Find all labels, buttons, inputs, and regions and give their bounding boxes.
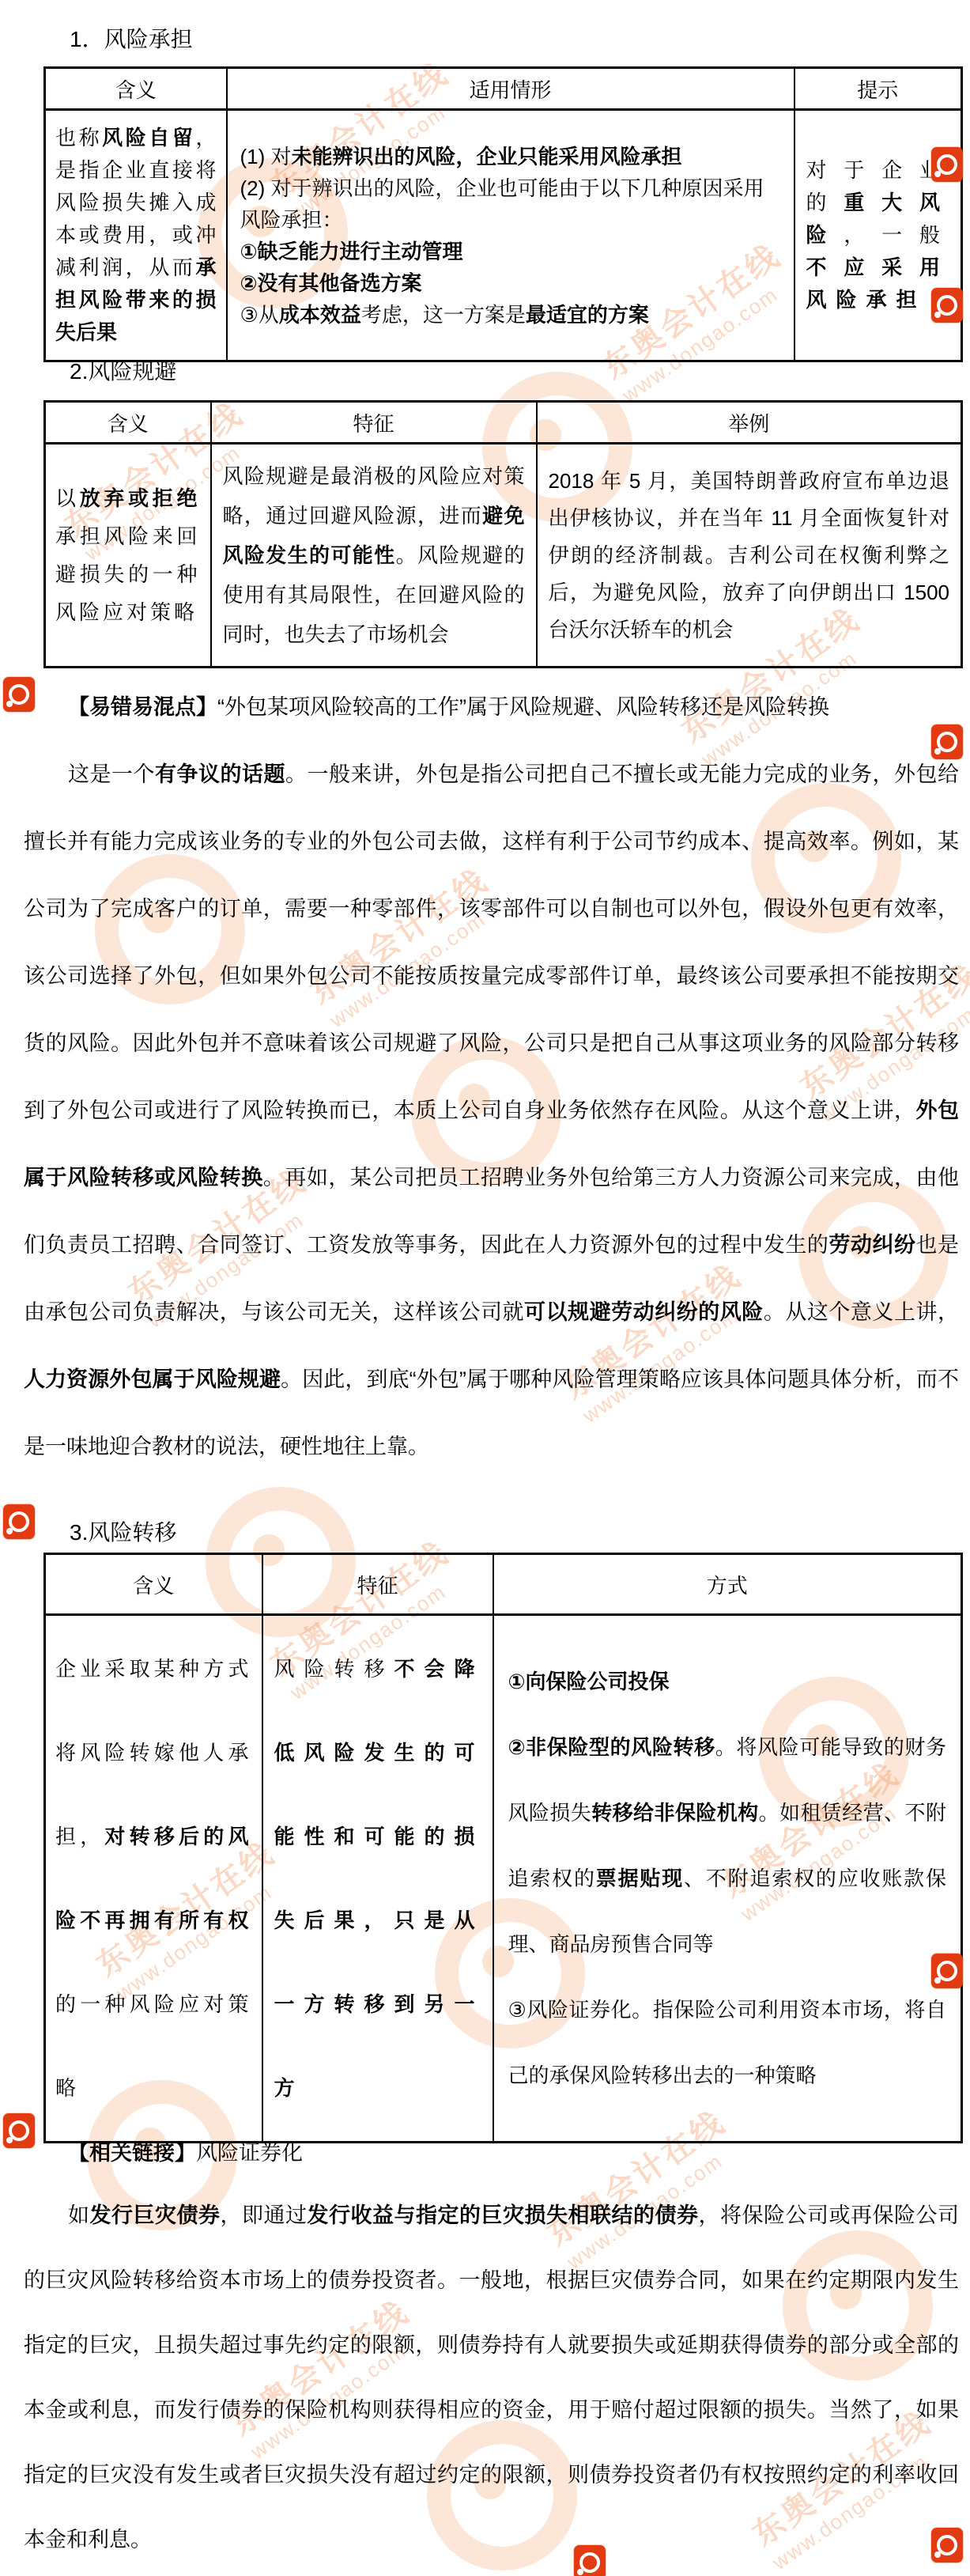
section-3-heading: 3.风险转移 (70, 1515, 176, 1547)
cell-text: ②非保险型的风险转移。将风险可能导致的财务风险损失转移给非保险机构。如租赁经营、… (508, 1715, 947, 1977)
situations-cell: (1) 对未能辨识出的风险，企业只能采用风险承担 (2) 对于辨识出的风险，企业… (227, 110, 794, 361)
cell-text: 企业采取某种方式将风险转嫁他人承担，对转移后的风险不再拥有所有权的一种风险应对策… (55, 1627, 252, 2130)
meaning-cell: 企业采取某种方式将风险转嫁他人承担，对转移后的风险不再拥有所有权的一种风险应对策… (45, 1615, 262, 2143)
column-header-tip: 提示 (794, 68, 962, 110)
tip-cell: 对于企业的重大风险，一般不应采用风险承担 (794, 110, 962, 361)
section-1-heading: 1．风险承担 (70, 22, 193, 54)
related-link-body-section: 如发行巨灾债券，即通过发行收益与指定的巨灾损失相联结的债券，将保险公司或再保险公… (24, 2183, 959, 2572)
cell-text: 以放弃或拒绝承担风险来回避损失的一种风险应对策略 (55, 479, 201, 631)
column-header-methods: 方式 (493, 1554, 962, 1615)
related-link-title: 【相关链接】风险证券化 (24, 2120, 959, 2187)
table-row: 以放弃或拒绝承担风险来回避损失的一种风险应对策略 风险规避是最消极的风险应对策略… (45, 444, 962, 668)
column-header-feature: 特征 (262, 1554, 493, 1615)
table-header-row: 含义 特征 举例 (45, 402, 962, 444)
table-header-row: 含义 特征 方式 (45, 1554, 962, 1615)
cell-text: 也称风险自留，是指企业直接将风险损失摊入成本或费用，或冲减利润，从而承担风险带来… (55, 122, 217, 349)
column-header-example: 举例 (537, 402, 962, 444)
confusion-point-body: 这是一个有争议的话题。一般来讲，外包是指公司把自己不擅长或无能力完成的业务，外包… (24, 741, 959, 1481)
feature-cell: 风险转移不会降低风险发生的可能性和可能的损失后果，只是从一方转移到另一方 (262, 1615, 493, 2143)
table-row: 也称风险自留，是指企业直接将风险损失摊入成本或费用，或冲减利润，从而承担风险带来… (45, 110, 962, 361)
confusion-point-section: 【易错易混点】“外包某项风险较高的工作”属于风险规避、风险转移还是风险转换 这是… (24, 674, 959, 1481)
risk-avoidance-table: 含义 特征 举例 以放弃或拒绝承担风险来回避损失的一种风险应对策略 风险规避是最… (43, 400, 963, 668)
cell-text: ②没有其他备选方案 (240, 267, 781, 299)
cell-text: ③从成本效益考虑，这一方案是最适宜的方案 (240, 299, 781, 331)
column-header-situations: 适用情形 (227, 68, 794, 110)
column-header-meaning: 含义 (45, 402, 211, 444)
section-2-heading: 2.风险规避 (70, 354, 176, 386)
document-content: 1．风险承担 含义 适用情形 提示 也称风险自留，是指企业直接将风险损失摊入成本… (0, 0, 970, 2576)
feature-cell: 风险规避是最消极的风险应对策略，通过回避风险源，进而避免风险发生的可能性。风险规… (211, 444, 537, 668)
column-header-meaning: 含义 (45, 1554, 262, 1615)
meaning-cell: 以放弃或拒绝承担风险来回避损失的一种风险应对策略 (45, 444, 211, 668)
cell-text: ③风险证券化。指保险公司利用资本市场，将自己的承保风险转移出去的一种策略 (508, 1977, 947, 2109)
cell-text: ①缺乏能力进行主动管理 (240, 236, 781, 267)
column-header-feature: 特征 (211, 402, 537, 444)
table-header-row: 含义 适用情形 提示 (45, 68, 962, 110)
cell-text: 对于企业的重大风险，一般不应采用风险承担 (806, 154, 950, 316)
column-header-meaning: 含义 (45, 68, 227, 110)
table-row: 企业采取某种方式将风险转嫁他人承担，对转移后的风险不再拥有所有权的一种风险应对策… (45, 1615, 962, 2143)
risk-retention-table: 含义 适用情形 提示 也称风险自留，是指企业直接将风险损失摊入成本或费用，或冲减… (43, 66, 963, 362)
cell-text: 风险转移不会降低风险发生的可能性和可能的损失后果，只是从一方转移到另一方 (274, 1627, 481, 2130)
methods-cell: ①向保险公司投保 ②非保险型的风险转移。将风险可能导致的财务风险损失转移给非保险… (493, 1615, 962, 2143)
cell-text: 风险规避是最消极的风险应对策略，通过回避风险源，进而避免风险发生的可能性。风险规… (223, 456, 525, 654)
example-cell: 2018 年 5 月，美国特朗普政府宣布单边退出伊核协议，并在当年 11 月全面… (537, 444, 962, 668)
cell-text: 2018 年 5 月，美国特朗普政府宣布单边退出伊核协议，并在当年 11 月全面… (549, 463, 950, 649)
document-page: 东奥会计在线 www.dongao.com 东奥会计在线 www.dongao.… (0, 0, 970, 2576)
related-link-body: 如发行巨灾债券，即通过发行收益与指定的巨灾损失相联结的债券，将保险公司或再保险公… (24, 2183, 959, 2572)
cell-text: ①向保险公司投保 (508, 1649, 947, 1715)
related-link-section: 【相关链接】风险证券化 (24, 2120, 959, 2187)
cell-text: (1) 对未能辨识出的风险，企业只能采用风险承担 (240, 141, 781, 172)
cell-text: (2) 对于辨识出的风险，企业也可能由于以下几种原因采用风险承担： (240, 172, 781, 236)
meaning-cell: 也称风险自留，是指企业直接将风险损失摊入成本或费用，或冲减利润，从而承担风险带来… (45, 110, 227, 361)
risk-transfer-table: 含义 特征 方式 企业采取某种方式将风险转嫁他人承担，对转移后的风险不再拥有所有… (43, 1553, 963, 2143)
confusion-point-title: 【易错易混点】“外包某项风险较高的工作”属于风险规避、风险转移还是风险转换 (24, 674, 959, 741)
